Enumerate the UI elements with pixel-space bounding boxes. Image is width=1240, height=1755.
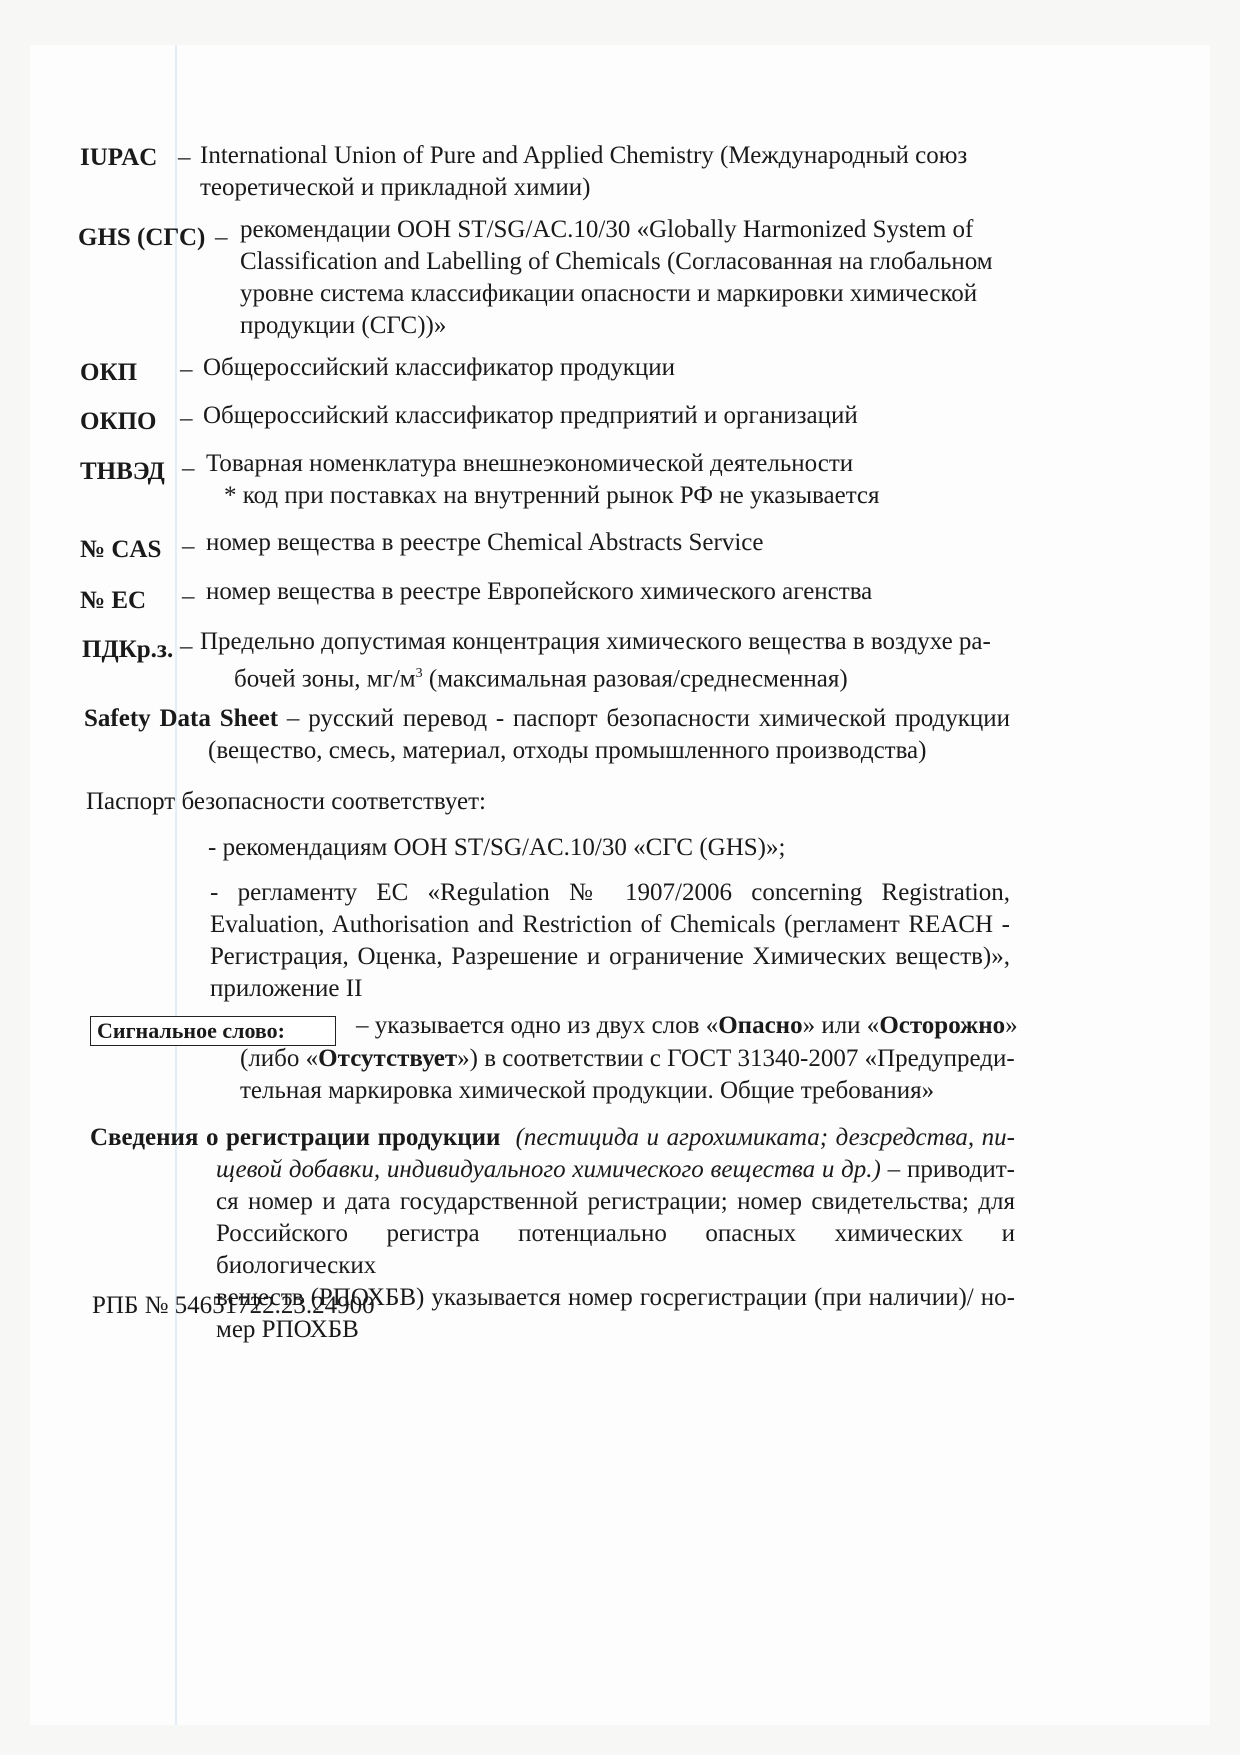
definition: Товарная номенклатура внешнеэкономическо…	[206, 448, 880, 512]
definition: Предельно допустимая концентрация химиче…	[200, 626, 991, 695]
rpb-number: РПБ № 54651722.23.24900	[92, 1290, 375, 1322]
registration-heading: Сведения о регистрации продукции	[90, 1124, 500, 1151]
term: IUPAC	[80, 142, 157, 174]
term: № CAS	[80, 534, 161, 566]
compliance-heading: Паспорт безопасности соответствует:	[86, 786, 486, 818]
definition: International Union of Pure and Applied …	[200, 140, 967, 204]
compliance-item-reach: - регламенту ЕС «Regulation № 1907/2006 …	[210, 877, 1010, 1005]
term: ПДКр.з.	[82, 634, 173, 666]
definition: номер вещества в реестре Европейского хи…	[206, 576, 872, 608]
definition: Общероссийский классификатор продукции	[203, 352, 675, 384]
definition: номер вещества в реестре Chemical Abstra…	[206, 527, 763, 559]
definition: рекомендации ООН ST/SG/AC.10/30 «Globall…	[240, 214, 993, 342]
compliance-item-ghs: - рекомендациям ООН ST/SG/AC.10/30 «СГС …	[208, 832, 785, 864]
term: GHS (СГС)	[78, 222, 205, 254]
signal-word-box: Сигнальное слово:	[90, 1016, 336, 1046]
term: ТНВЭД	[80, 456, 165, 488]
term: ОКП	[80, 357, 137, 389]
definition: Общероссийский классификатор предприятий…	[203, 400, 858, 432]
sds-entry: Safety Data Sheet – русский перевод - па…	[84, 703, 1010, 767]
sds-term: Safety Data Sheet	[84, 705, 278, 732]
scan-margin-line	[175, 45, 177, 1725]
term: ОКПО	[80, 406, 156, 438]
term: № ЕС	[80, 585, 146, 617]
